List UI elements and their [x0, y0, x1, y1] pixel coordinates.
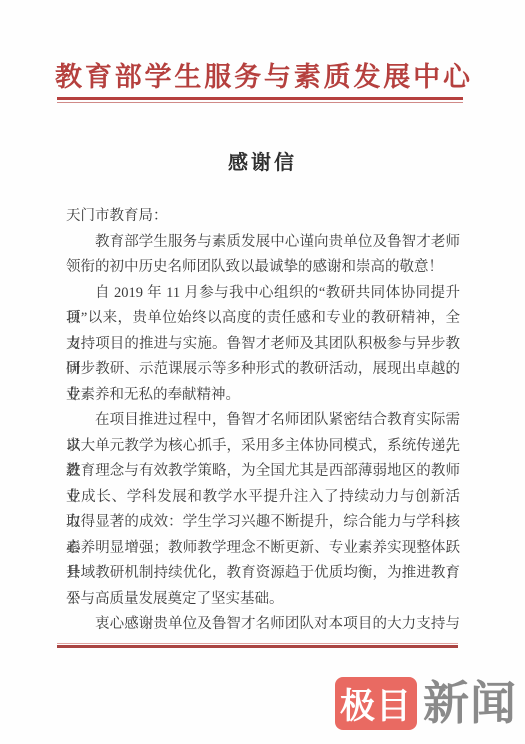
jimu-news-suffix-text: 新闻	[423, 677, 517, 730]
header-rule-thin-line	[57, 102, 463, 103]
footer-rule-thick-line	[57, 645, 458, 648]
jimu-news-logo: 极目 新闻	[335, 677, 517, 730]
letter-line: 业成长、学科发展和教学水平提升注入了持续动力与创新活力，	[66, 485, 460, 511]
letter-line: 自 2019 年 11 月参与我中心组织的“教研共同体协同提升项	[66, 281, 460, 307]
letter-line: 衷心感谢贵单位及鲁智才名师团队对本项目的大力支持与	[66, 612, 460, 638]
letter-body: 天门市教育局： 教育部学生服务与素质发展中心谨向贵单位及鲁智才老师 领衔的初中历…	[66, 204, 460, 638]
letter-line: 教育理念与有效教学策略，为全国尤其是西部薄弱地区的教师专	[66, 459, 460, 485]
letter-line: 素养明显增强；教师教学理念不断更新、专业素养实现整体跃升；	[66, 536, 460, 562]
letter-title: 感谢信	[0, 146, 525, 175]
letter-line: 同步教研、示范课展示等多种形式的教研活动，展现出卓越的专	[66, 357, 460, 383]
jimu-news-badge-text: 极目	[340, 679, 412, 729]
letter-line: 支持项目的推进与实施。鲁智才老师及其团队积极参与异步教研、	[66, 332, 460, 358]
letter-line: 教育部学生服务与素质发展中心谨向贵单位及鲁智才老师	[66, 230, 460, 256]
footer-rule	[57, 643, 458, 648]
header-rule	[57, 97, 463, 103]
letterhead-org-name: 教育部学生服务与素质发展中心	[55, 58, 470, 96]
letter-line: 领衔的初中历史名师团队致以最诚挚的感谢和崇高的敬意！	[66, 255, 460, 281]
jimu-news-badge: 极目	[335, 677, 417, 730]
letter-line: 业素养和无私的奉献精神。	[66, 383, 460, 409]
letter-line: 在项目推进过程中，鲁智才名师团队紧密结合教育实际需求，	[66, 408, 460, 434]
salutation: 天门市教育局：	[66, 204, 460, 230]
letter-line: 目”以来，贵单位始终以高度的责任感和专业的教研精神，全力	[66, 306, 460, 332]
letter-line: 以大单元教学为核心抓手，采用多主体协同模式，系统传递先进	[66, 434, 460, 460]
letter-page: 教育部学生服务与素质发展中心 感谢信 天门市教育局： 教育部学生服务与素质发展中…	[0, 0, 525, 744]
letter-line: 县域教研机制持续优化，教育资源趋于优质均衡，为推进教育公	[66, 561, 460, 587]
letter-line: 取得显著的成效：学生学习兴趣不断提升，综合能力与学科核心	[66, 510, 460, 536]
letter-line: 平与高质量发展奠定了坚实基础。	[66, 587, 460, 613]
